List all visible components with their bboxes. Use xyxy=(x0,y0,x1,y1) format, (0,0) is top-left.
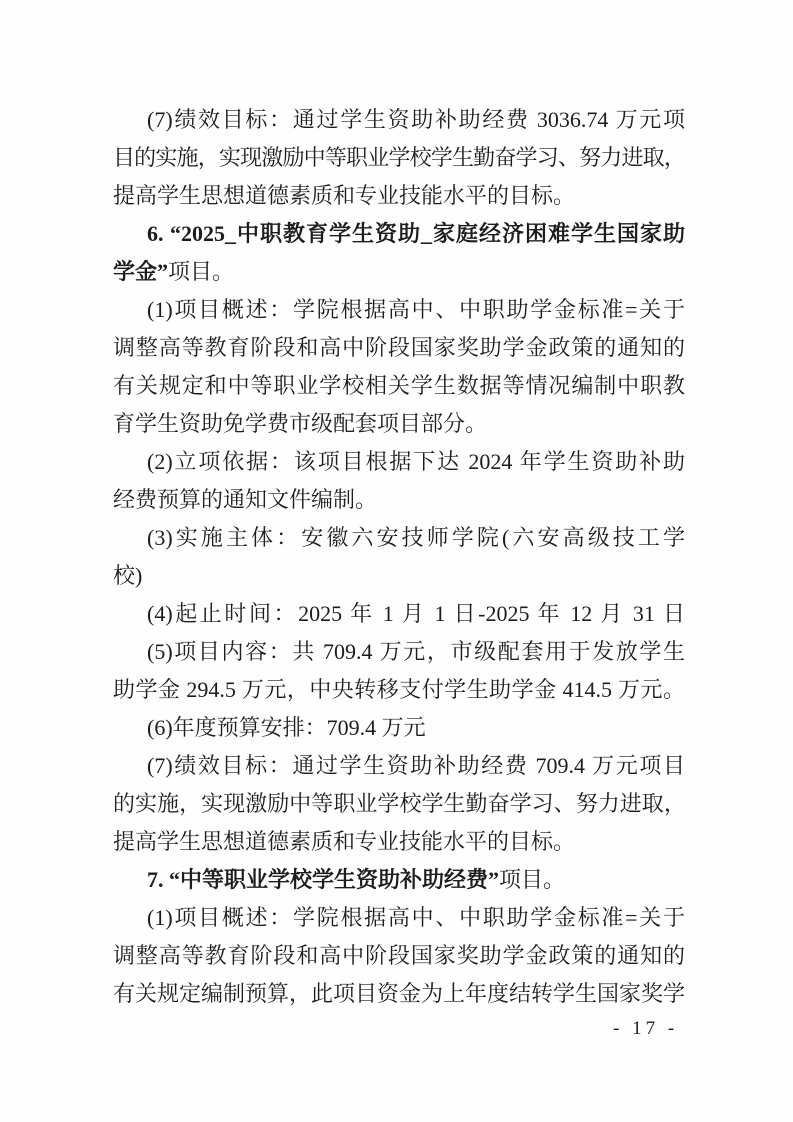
para-project6-overview: (1)项目概述：学院根据高中、中职助学金标准=关于 调整高等教育阶段和高中阶段国… xyxy=(113,291,685,443)
heading-project-7: 7. “中等职业学校学生资助补助经费”项目。 xyxy=(113,861,685,899)
text-segment: (3)实施主体：安徽六安技师学院(六安高级技工学 xyxy=(147,525,685,550)
text-line: 助学金 294.5 万元，中央转移支付学生助学金 414.5 万元。 xyxy=(113,671,685,709)
para-project7-overview: (1)项目概述：学院根据高中、中职助学金标准=关于 调整高等教育阶段和高中阶段国… xyxy=(113,899,685,1013)
text-segment: (5)项目内容：共 709.4 万元，市级配套用于发放学生 xyxy=(147,639,685,664)
text-line: 提高学生思想道德素质和专业技能水平的目标。 xyxy=(113,823,685,861)
text-segment: 校) xyxy=(113,563,142,588)
text-line: (1)项目概述：学院根据高中、中职助学金标准=关于 xyxy=(113,291,685,329)
text-segment: 有关规定编制预算，此项目资金为上年度结转学生国家奖学 xyxy=(113,981,685,1006)
text-segment: 经费预算的通知文件编制。 xyxy=(113,487,377,512)
text-segment: (6)年度预算安排：709.4 万元 xyxy=(147,715,426,740)
text-segment: (1)项目概述：学院根据高中、中职助学金标准=关于 xyxy=(147,297,685,322)
text-line: 调整高等教育阶段和高中阶段国家奖助学金政策的通知的 xyxy=(113,329,685,367)
text-segment: 的实施，实现激励中等职业学校学生勤奋学习、努力进取， xyxy=(113,791,685,816)
text-segment: 有关规定和中等职业学校相关学生数据等情况编制中职教 xyxy=(113,373,685,398)
text-line: 育学生资助免学费市级配套项目部分。 xyxy=(113,405,685,443)
page-number: - 17 - xyxy=(613,1018,678,1040)
text-segment: 调整高等教育阶段和高中阶段国家奖助学金政策的通知的 xyxy=(113,943,685,968)
text-segment: 提高学生思想道德素质和专业技能水平的目标。 xyxy=(113,183,575,208)
para-performance-goal-3036: (7)绩效目标：通过学生资助补助经费 3036.74 万元项 目的实施，实现激励… xyxy=(113,101,685,215)
para-project6-basis: (2)立项依据：该项目根据下达 2024 年学生资助补助 经费预算的通知文件编制… xyxy=(113,443,685,519)
text-line: 6. “2025_中职教育学生资助_家庭经济困难学生国家助 xyxy=(113,215,685,253)
heading-bold-segment: 6. “2025_中职教育学生资助_家庭经济困难学生国家助 xyxy=(147,221,685,246)
text-line: (7)绩效目标：通过学生资助补助经费 709.4 万元项目 xyxy=(113,747,685,785)
para-project6-content: (5)项目内容：共 709.4 万元，市级配套用于发放学生 助学金 294.5 … xyxy=(113,633,685,709)
text-line: (6)年度预算安排：709.4 万元 xyxy=(113,709,685,747)
text-segment: 目的实施，实现激励中等职业学校学生勤奋学习、努力进取， xyxy=(113,145,685,170)
heading-bold-segment: 学金” xyxy=(113,259,168,284)
heading-bold-segment: 7. “中等职业学校学生资助补助经费” xyxy=(147,867,499,892)
document-page: (7)绩效目标：通过学生资助补助经费 3036.74 万元项 目的实施，实现激励… xyxy=(0,0,793,1122)
text-line: 校) xyxy=(113,557,685,595)
text-line: 目的实施，实现激励中等职业学校学生勤奋学习、努力进取， xyxy=(113,139,685,177)
text-line: (5)项目内容：共 709.4 万元，市级配套用于发放学生 xyxy=(113,633,685,671)
text-segment: (1)项目概述：学院根据高中、中职助学金标准=关于 xyxy=(147,905,685,930)
text-segment: (4)起止时间：2025 年 1 月 1 日-2025 年 12 月 31 日 xyxy=(147,601,685,626)
text-line: 有关规定和中等职业学校相关学生数据等情况编制中职教 xyxy=(113,367,685,405)
para-project6-duration: (4)起止时间：2025 年 1 月 1 日-2025 年 12 月 31 日 xyxy=(113,595,685,633)
text-line: (4)起止时间：2025 年 1 月 1 日-2025 年 12 月 31 日 xyxy=(113,595,685,633)
heading-project-6: 6. “2025_中职教育学生资助_家庭经济困难学生国家助 学金”项目。 xyxy=(113,215,685,291)
text-segment: (2)立项依据：该项目根据下达 2024 年学生资助补助 xyxy=(147,449,685,474)
para-project6-annual-budget: (6)年度预算安排：709.4 万元 xyxy=(113,709,685,747)
text-segment: 助学金 294.5 万元，中央转移支付学生助学金 414.5 万元。 xyxy=(113,677,685,702)
text-line: 学金”项目。 xyxy=(113,253,685,291)
text-line: 7. “中等职业学校学生资助补助经费”项目。 xyxy=(113,861,685,899)
text-line: 提高学生思想道德素质和专业技能水平的目标。 xyxy=(113,177,685,215)
text-segment: 提高学生思想道德素质和专业技能水平的目标。 xyxy=(113,829,575,854)
text-line: 调整高等教育阶段和高中阶段国家奖助学金政策的通知的 xyxy=(113,937,685,975)
text-line: (1)项目概述：学院根据高中、中职助学金标准=关于 xyxy=(113,899,685,937)
text-line: 经费预算的通知文件编制。 xyxy=(113,481,685,519)
text-segment: 项目。 xyxy=(168,259,234,284)
text-line: (2)立项依据：该项目根据下达 2024 年学生资助补助 xyxy=(113,443,685,481)
text-segment: 育学生资助免学费市级配套项目部分。 xyxy=(113,411,487,436)
text-segment: 项目。 xyxy=(499,867,565,892)
text-line: (3)实施主体：安徽六安技师学院(六安高级技工学 xyxy=(113,519,685,557)
para-project6-performance-goal: (7)绩效目标：通过学生资助补助经费 709.4 万元项目 的实施，实现激励中等… xyxy=(113,747,685,861)
text-line: (7)绩效目标：通过学生资助补助经费 3036.74 万元项 xyxy=(113,101,685,139)
text-segment: (7)绩效目标：通过学生资助补助经费 3036.74 万元项 xyxy=(147,107,685,132)
text-line: 的实施，实现激励中等职业学校学生勤奋学习、努力进取， xyxy=(113,785,685,823)
text-segment: (7)绩效目标：通过学生资助补助经费 709.4 万元项目 xyxy=(147,753,685,778)
document-body: (7)绩效目标：通过学生资助补助经费 3036.74 万元项 目的实施，实现激励… xyxy=(113,101,685,1013)
text-line: 有关规定编制预算，此项目资金为上年度结转学生国家奖学 xyxy=(113,975,685,1013)
text-segment: 调整高等教育阶段和高中阶段国家奖助学金政策的通知的 xyxy=(113,335,685,360)
para-project6-implementer: (3)实施主体：安徽六安技师学院(六安高级技工学 校) xyxy=(113,519,685,595)
